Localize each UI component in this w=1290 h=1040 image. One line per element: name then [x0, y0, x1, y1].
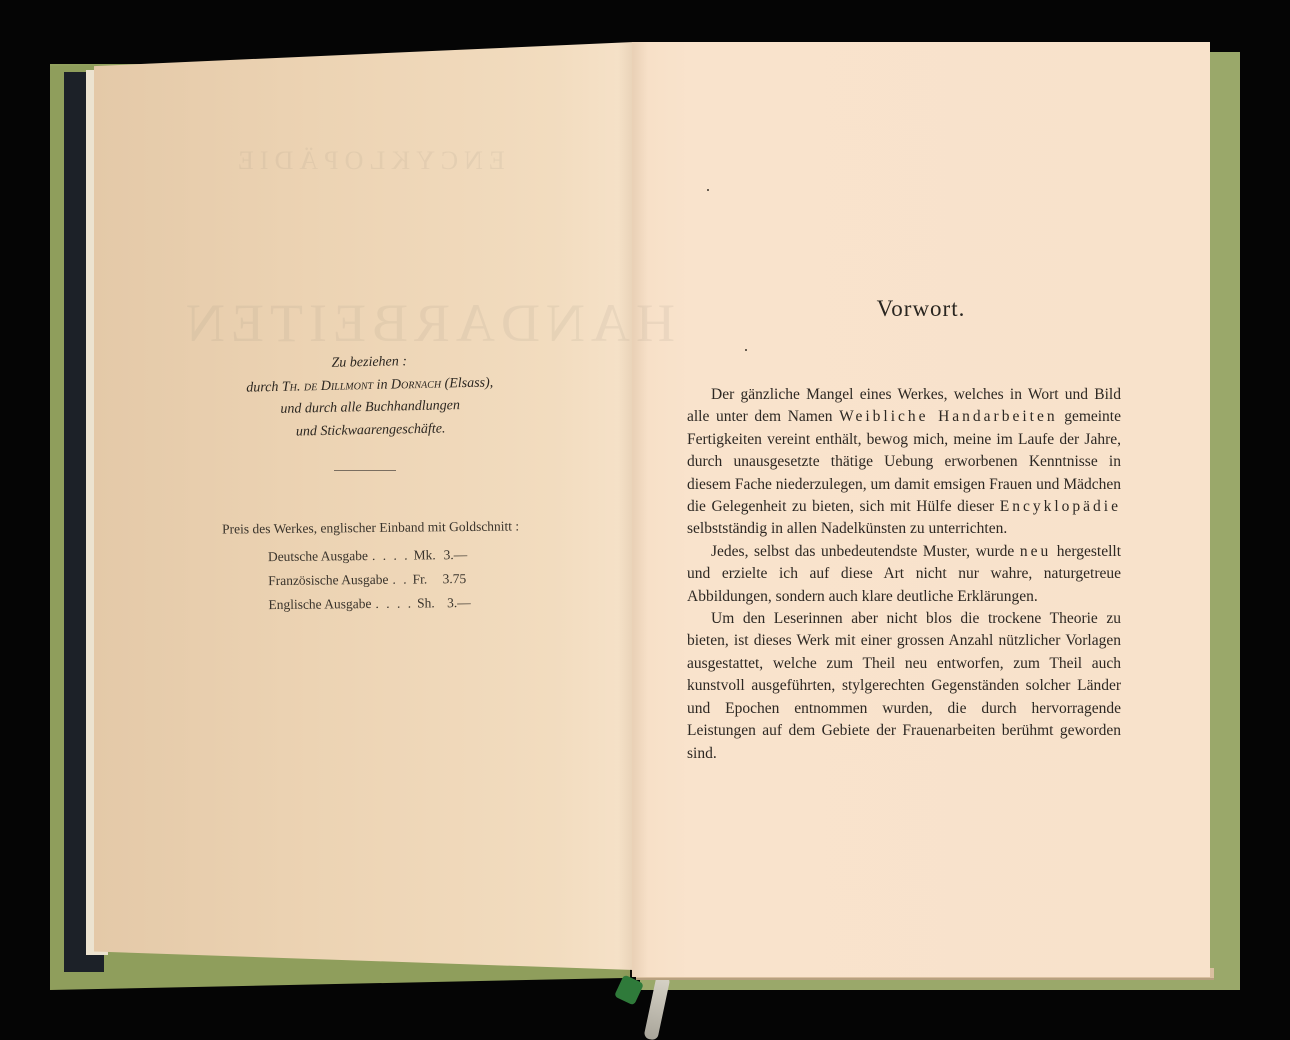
gutter	[618, 42, 648, 977]
price-row: Englische Ausgabe . . . . Sh. 3.—	[268, 590, 536, 617]
emphasis-text: Encyklopädie	[1000, 498, 1121, 515]
emphasis-text: neu	[1020, 543, 1051, 560]
left-page	[94, 42, 634, 970]
price-list: Deutsche Ausgabe . . . . Mk. 3.— Französ…	[268, 542, 537, 617]
currency: Mk.	[414, 543, 444, 567]
text-run: Um den Leserinnen aber nicht blos die tr…	[687, 610, 1121, 761]
leader-dots: . . . .	[372, 544, 410, 568]
edition-name: Deutsche Ausgabe	[268, 544, 368, 569]
publisher-region: (Elsass),	[444, 375, 493, 391]
edition-name: Französische Ausgabe	[268, 568, 389, 593]
imprint-by: durch	[246, 379, 278, 395]
leader-dots: . . . .	[375, 592, 413, 616]
price-row: Französische Ausgabe . . Fr. 3.75	[268, 566, 536, 593]
paragraph-2: Jedes, selbst das unbedeutendste Muster,…	[687, 541, 1121, 608]
price-amount: 3.75	[443, 567, 467, 591]
emphasis-text: Weibliche Handarbeiten	[839, 408, 1058, 425]
section-divider	[334, 470, 396, 471]
price-row: Deutsche Ausgabe . . . . Mk. 3.—	[268, 542, 536, 569]
paper-speck	[707, 189, 709, 191]
bleed-through-line-2: HANDARBEITEN	[180, 292, 675, 354]
imprint-in: in	[376, 377, 387, 392]
bleed-through-line-1: ENCYKLOPÄDIE	[232, 146, 505, 176]
publisher-place: Dornach	[391, 376, 441, 392]
currency: Fr.	[413, 567, 443, 591]
price-amount: 3.—	[444, 543, 468, 567]
text-run: selbstständig in allen Nadelkünsten zu u…	[687, 520, 1007, 537]
paragraph-1: Der gänzliche Mangel eines Werkes, welch…	[687, 384, 1121, 541]
price-amount: 3.—	[447, 591, 471, 615]
paper-speck	[745, 349, 747, 351]
publisher-name: Th. de Dillmont	[282, 377, 373, 394]
text-run: Jedes, selbst das unbedeutendste Muster,…	[711, 543, 1020, 560]
edition-name: Englische Ausgabe	[268, 592, 371, 617]
page-title: Vorwort.	[632, 296, 1210, 322]
leader-dots: . .	[392, 568, 408, 592]
imprint-block: Zu beziehen : durch Th. de Dillmont in D…	[199, 348, 541, 445]
price-block: Preis des Werkes, englischer Einband mit…	[205, 514, 536, 617]
price-title: Preis des Werkes, englischer Einband mit…	[205, 514, 535, 541]
currency: Sh.	[417, 591, 447, 615]
preface-body: Der gänzliche Mangel eines Werkes, welch…	[687, 384, 1121, 765]
paragraph-3: Um den Leserinnen aber nicht blos die tr…	[687, 608, 1121, 765]
